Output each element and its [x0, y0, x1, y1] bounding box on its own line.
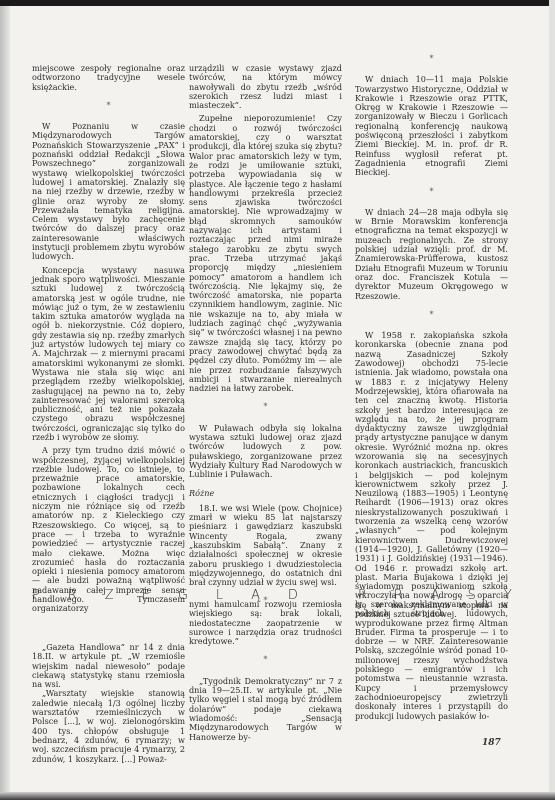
- paragraph: nymi hamulcami rozwoju rzemiosła wiejski…: [189, 600, 342, 646]
- paragraph: „Tygodnik Demokratyczny” nr 7 z dnia 19—…: [189, 677, 342, 742]
- scan-bottom-border: [0, 792, 555, 800]
- section-divider-star: *: [189, 655, 342, 664]
- column-1: miejscowe zespoły regionalne oraz odtwor…: [32, 64, 185, 618]
- paragraph: 18.I. we wsi Wiele (pow. Chojnice) zmarł…: [189, 504, 342, 588]
- paragraph: W dniach 10—11 maja Polskie Towarzystwo …: [355, 75, 508, 177]
- banner-letter: E: [142, 588, 150, 603]
- column-6: ły szeroko reklamowane lalki w polskich …: [355, 600, 508, 725]
- paragraph: ły szeroko reklamowane lalki w polskich …: [355, 600, 508, 721]
- banner-letter: Z: [105, 588, 114, 603]
- paragraph: „Warsztaty wiejskie stanowią zaledwie ni…: [32, 689, 185, 763]
- banner-letter: G: [178, 588, 188, 603]
- column-2: urządzili w czasie wystawy zjazd twórców…: [189, 64, 342, 618]
- scan-right-edge: [549, 0, 555, 800]
- column-3: * W dniach 10—11 maja Polskie Towarzystw…: [355, 64, 508, 623]
- scan-top-border: [0, 0, 555, 6]
- banner-letter: R: [68, 588, 77, 603]
- paragraph: Koncepcja wystawy nasuwa jednak sporo wą…: [32, 266, 185, 443]
- section-divider-star: *: [355, 187, 508, 196]
- paragraph: miejscowe zespoły regionalne oraz odtwor…: [32, 64, 185, 92]
- section-divider-star: *: [32, 101, 185, 110]
- section-heading-rozne: Różne: [189, 489, 342, 498]
- paragraph: urządzili w czasie wystawy zjazd twórców…: [189, 64, 342, 110]
- scan-left-edge: [0, 6, 10, 800]
- column-5: nymi hamulcami rozwoju rzemiosła wiejski…: [189, 600, 342, 746]
- page-number: 187: [482, 738, 501, 748]
- paragraph: W dniach 24—28 maja odbyła się w Brnie M…: [355, 208, 508, 301]
- paragraph: W Puławach odbyła się lokalna wystawa sz…: [189, 424, 342, 480]
- paragraph: W Poznaniu w czasie Międzynarodowych Tar…: [32, 122, 185, 261]
- paragraph: „Gazeta Handlowa” nr 14 z dnia 18.II. w …: [32, 643, 185, 689]
- column-4: „Gazeta Handlowa” nr 14 z dnia 18.II. w …: [32, 643, 185, 768]
- paragraph: W 1958 r. zakopiańska szkoła koronkarska…: [355, 331, 508, 619]
- section-divider-star: *: [355, 54, 508, 63]
- section-divider-star: *: [189, 402, 342, 411]
- section-divider-star: *: [355, 310, 508, 319]
- paragraph: Zupełne nieporozumienie! Czy chodzi o ro…: [189, 114, 342, 393]
- banner-letter: P: [32, 588, 40, 603]
